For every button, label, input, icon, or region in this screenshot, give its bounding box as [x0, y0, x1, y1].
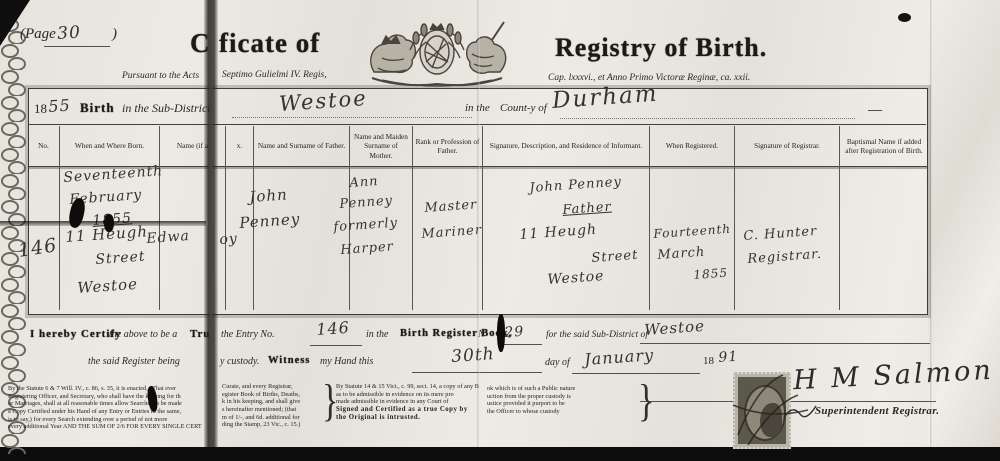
book-no-line — [498, 344, 542, 345]
certify-text-7: y custody. — [220, 356, 259, 367]
page-label-close: ) — [112, 26, 117, 43]
col-sex-fragment: x. — [237, 141, 242, 150]
scan-bottom-edge — [0, 447, 1000, 461]
horizontal-tear-shadow — [0, 221, 206, 226]
certify-text-6: the said Register being — [88, 356, 180, 367]
col-when-where-born: When and Where Born. — [75, 141, 144, 150]
col-signature-registrar: Signature of Registrar. — [754, 141, 820, 150]
certificate-title-right: Registry of Birth. — [555, 33, 767, 63]
statute-text-4: ok which is of such a Public nature ucti… — [487, 385, 637, 416]
certify-text-9: day of — [545, 357, 570, 368]
col-mother: Name and Maiden Surname of Mother. — [352, 132, 410, 159]
sub-district-cert-line — [640, 343, 930, 344]
paper-tear-2 — [104, 214, 114, 232]
torn-corner — [0, 0, 30, 46]
cert-year-printed: 18 — [703, 355, 714, 367]
certify-gothic-3: Birth Register Book, — [400, 328, 512, 339]
county-line-dash — [868, 110, 882, 111]
superintendent-title: Superintendent Registrar. — [815, 405, 939, 417]
statute-text-1: By the Statute 6 & 7 Will. IV., c. 86, s… — [8, 385, 210, 431]
book-no-handwritten: 29 — [504, 324, 525, 341]
certify-text-3: in the — [366, 329, 389, 340]
col-baptismal-name: Baptismal Name if added after Registrati… — [842, 137, 926, 155]
col-informant: Signature, Description, and Residence of… — [490, 141, 642, 150]
certify-gothic-4: Witness — [268, 355, 310, 366]
statute-text-2: Curate, and every Registrar, egister Boo… — [222, 383, 324, 429]
col-rank: Rank or Profession of Father. — [415, 137, 480, 155]
certify-text-1: the above to be a — [109, 329, 177, 340]
vertical-fold-shadow — [204, 0, 218, 447]
father-name-1: John — [249, 185, 289, 206]
county-label-b: Count-y of — [500, 102, 547, 114]
cert-year-handwritten: 91 — [718, 349, 739, 366]
certify-text-5: for the said Sub-District of — [546, 330, 648, 340]
registered-line-3: 1855 — [693, 266, 728, 282]
year-handwritten: 55 — [48, 95, 72, 116]
page-number-line — [44, 46, 110, 47]
paper-tear-4 — [497, 314, 505, 352]
subtitle-left-b: Septimo Gulielmi IV. Regis, — [222, 70, 327, 80]
child-name-fragment-left: Edwa — [146, 228, 191, 247]
entry-no-line — [310, 345, 362, 346]
page-number-handwritten: 30 — [57, 22, 82, 44]
certificate-title-left: ficate of — [219, 28, 320, 59]
certify-text-2: the Entry No. — [221, 329, 275, 340]
month-line — [572, 373, 700, 374]
entry-no-handwritten: 146 — [316, 318, 351, 339]
statute-text-3: By Statute 14 & 15 Vict., c. 99, sect. 1… — [336, 383, 486, 406]
day-handwritten: 30th — [451, 344, 496, 367]
col-when-registered: When Registered. — [666, 141, 718, 150]
center-crease — [477, 0, 480, 447]
birth-label: Birth — [80, 100, 115, 116]
subtitle-left-a: Pursuant to the Acts — [122, 71, 199, 81]
statute-text-3-bold: Signed and Certified as a true Copy by t… — [336, 406, 486, 423]
year-printed: 18 — [34, 101, 47, 117]
certify-gothic-1: I hereby Certify — [30, 328, 122, 340]
signature-flourish — [782, 398, 818, 424]
mother-name-1: Ann — [349, 174, 379, 191]
child-name-fragment-right: oy — [219, 231, 238, 248]
right-crease — [930, 0, 933, 447]
col-no: No. — [38, 141, 49, 150]
col-father: Name and Surname of Father. — [258, 141, 345, 150]
royal-coat-of-arms-ornament — [352, 10, 522, 90]
brace-right-2: } — [638, 379, 654, 425]
sub-district-label: in the Sub-District — [122, 101, 211, 116]
birth-certificate-scan: (Page 30 ) C ficate of Registry of Birth… — [0, 0, 1000, 461]
certify-text-8: my Hand this — [320, 356, 373, 367]
ink-blot — [898, 13, 911, 22]
